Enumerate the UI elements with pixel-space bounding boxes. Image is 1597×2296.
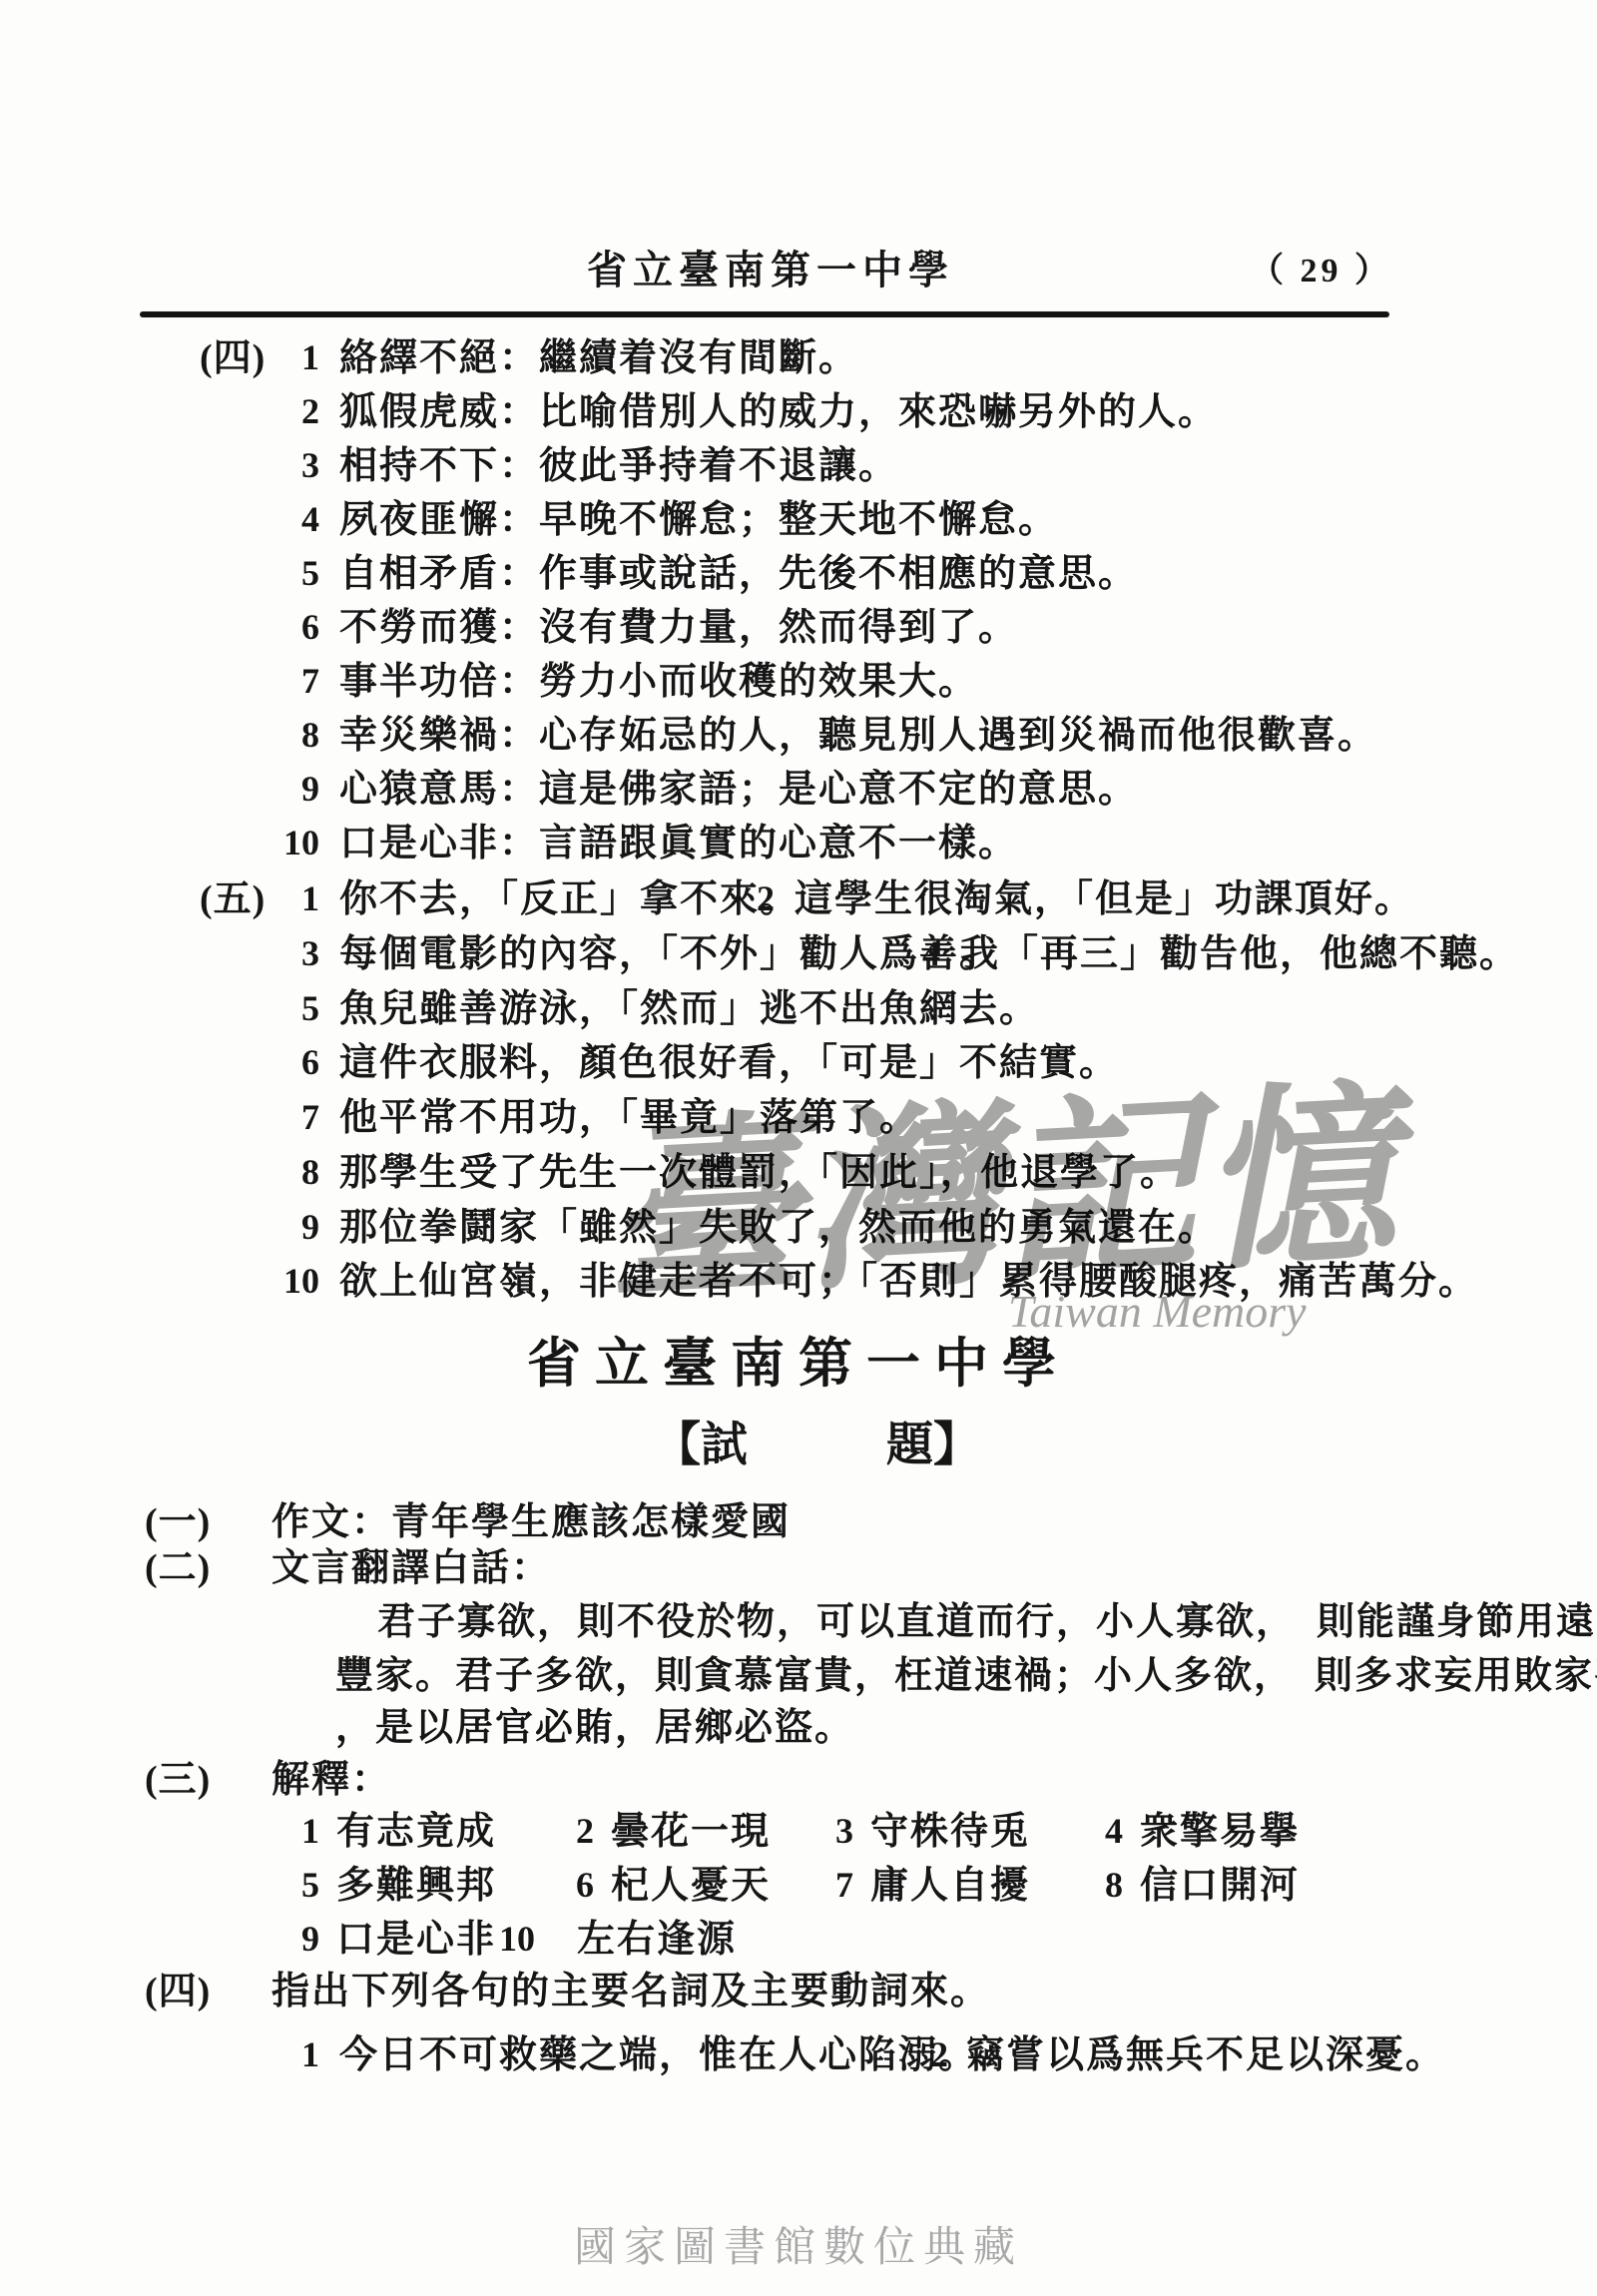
sentence-text: 魚兒雖善游泳，「然而」逃不出魚網去。 bbox=[339, 988, 1039, 1032]
definition-text: 絡繹不絕：繼續着沒有間斷。 bbox=[339, 337, 858, 381]
item-number: 1 bbox=[273, 337, 319, 378]
item-number: 2 bbox=[729, 878, 775, 919]
exam-heading-open: 【試 bbox=[654, 1419, 748, 1472]
item-number: 4 bbox=[273, 499, 319, 540]
term-text: 曇花一現 bbox=[611, 1811, 771, 1855]
section-4-label: (四) bbox=[200, 337, 266, 381]
classical-passage-line: 君子寡欲，則不役於物，可以直道而行，小人寡欲， 則能謹身節用遠罪 bbox=[377, 1601, 1597, 1645]
item-number: 1 bbox=[273, 2034, 319, 2075]
definition-text: 心猿意馬：這是佛家語；是心意不定的意思。 bbox=[339, 769, 1138, 813]
scanned-exam-page: 省立臺南第一中學 （ 29 ） (四) 1 絡繹不絕：繼續着沒有間斷。 2 狐假… bbox=[0, 0, 1597, 2296]
section-5-label: (五) bbox=[200, 878, 266, 922]
term-number: 10 bbox=[477, 1919, 535, 1960]
header-rule bbox=[140, 311, 1389, 317]
item-number: 8 bbox=[273, 1152, 319, 1193]
term-text: 有志竟成 bbox=[336, 1811, 496, 1855]
item-number: 3 bbox=[273, 933, 319, 974]
sentence-text: 竊嘗以爲無兵不足以深憂。 bbox=[966, 2034, 1445, 2078]
sentence-text: 我「再三」勸告他，他總不聽。 bbox=[960, 933, 1519, 977]
term-text: 庸人自擾 bbox=[870, 1865, 1030, 1909]
classical-passage-line: ，是以居官必賄，居鄉必盜。 bbox=[335, 1707, 854, 1751]
term-text: 信口開河 bbox=[1140, 1865, 1300, 1909]
term-text: 守株待兎 bbox=[870, 1811, 1030, 1855]
sentence-text: 這學生很淘氣，「但是」功課頂好。 bbox=[795, 878, 1414, 922]
definition-text: 夙夜匪懈：早晚不懈怠；整天地不懈怠。 bbox=[339, 499, 1058, 543]
question-4-label: (四) bbox=[145, 1971, 211, 2014]
term-number: 8 bbox=[1077, 1865, 1123, 1906]
term-text: 多難興邦 bbox=[336, 1865, 496, 1909]
classical-passage-line: 豐家。君子多欲，則貪慕富貴，枉道速禍；小人多欲， 則多求妄用敗家喪身 bbox=[335, 1655, 1597, 1699]
term-text: 杞人憂天 bbox=[611, 1865, 771, 1909]
running-header-title: 省立臺南第一中學 bbox=[587, 248, 954, 293]
question-3-title: 解釋： bbox=[271, 1759, 391, 1803]
item-number: 2 bbox=[902, 2034, 948, 2075]
question-2-title: 文言翻譯白話： bbox=[271, 1547, 551, 1591]
term-number: 4 bbox=[1077, 1811, 1123, 1852]
item-number: 10 bbox=[273, 1261, 319, 1302]
term-text: 口是心非 bbox=[336, 1919, 496, 1963]
item-number: 9 bbox=[273, 769, 319, 810]
item-number: 5 bbox=[273, 988, 319, 1029]
item-number: 9 bbox=[273, 1207, 319, 1248]
term-number: 6 bbox=[548, 1865, 594, 1906]
term-text: 左右逢源 bbox=[577, 1919, 737, 1963]
page-number: （ 29 ） bbox=[1250, 252, 1392, 290]
sentence-text: 那學生受了先生一次體罰，「因此」，他退學了。 bbox=[339, 1152, 1180, 1196]
definition-text: 幸災樂禍：心存妬忌的人，聽見別人遇到災禍而他很歡喜。 bbox=[339, 715, 1377, 759]
term-number: 1 bbox=[273, 1811, 319, 1852]
question-2-label: (二) bbox=[145, 1547, 211, 1591]
definition-text: 不勞而獲：沒有費力量，然而得到了。 bbox=[339, 607, 1018, 651]
item-number: 4 bbox=[894, 933, 940, 974]
sentence-text: 他平常不用功，「畢竟」落第了。 bbox=[339, 1097, 919, 1141]
term-number: 5 bbox=[273, 1865, 319, 1906]
term-text: 衆擎易擧 bbox=[1140, 1811, 1300, 1855]
question-1-label: (一) bbox=[145, 1501, 211, 1545]
item-number: 5 bbox=[273, 553, 319, 594]
question-1-text: 作文：青年學生應該怎樣愛國 bbox=[271, 1501, 791, 1545]
question-4-title: 指出下列各句的主要名詞及主要動詞來。 bbox=[271, 1971, 990, 2014]
sentence-text: 欲上仙宮嶺，非健走者不可；「否則」累得腰酸腿疼，痛苦萬分。 bbox=[339, 1261, 1478, 1305]
term-number: 7 bbox=[807, 1865, 853, 1906]
definition-text: 事半功倍：勞力小而收穫的效果大。 bbox=[339, 661, 978, 705]
sentence-text: 這件衣服料，顏色很好看，「可是」不結實。 bbox=[339, 1042, 1119, 1086]
definition-text: 相持不下：彼此爭持着不退讓。 bbox=[339, 445, 898, 489]
item-number: 8 bbox=[273, 715, 319, 756]
school-title: 省立臺南第一中學 bbox=[0, 1333, 1597, 1395]
digital-archive-footer: 國家圖書館數位典藏 bbox=[0, 2224, 1597, 2272]
item-number: 2 bbox=[273, 391, 319, 432]
term-number: 9 bbox=[273, 1919, 319, 1960]
item-number: 7 bbox=[273, 1097, 319, 1138]
item-number: 10 bbox=[273, 823, 319, 863]
sentence-text: 今日不可救藥之端，惟在人心陷溺。 bbox=[339, 2034, 978, 2078]
term-number: 3 bbox=[807, 1811, 853, 1852]
question-3-label: (三) bbox=[145, 1759, 211, 1803]
item-number: 1 bbox=[273, 878, 319, 919]
item-number: 6 bbox=[273, 1042, 319, 1083]
exam-heading-close: 題】 bbox=[886, 1419, 980, 1472]
item-number: 7 bbox=[273, 661, 319, 702]
term-number: 2 bbox=[548, 1811, 594, 1852]
item-number: 3 bbox=[273, 445, 319, 486]
sentence-text: 那位拳鬪家「雖然」失敗了，然而他的勇氣還在。 bbox=[339, 1207, 1218, 1251]
item-number: 6 bbox=[273, 607, 319, 648]
definition-text: 自相矛盾：作事或說話，先後不相應的意思。 bbox=[339, 553, 1138, 597]
definition-text: 口是心非：言語跟眞實的心意不一樣。 bbox=[339, 823, 1018, 866]
definition-text: 狐假虎威：比喻借別人的威力，來恐嚇另外的人。 bbox=[339, 391, 1218, 435]
